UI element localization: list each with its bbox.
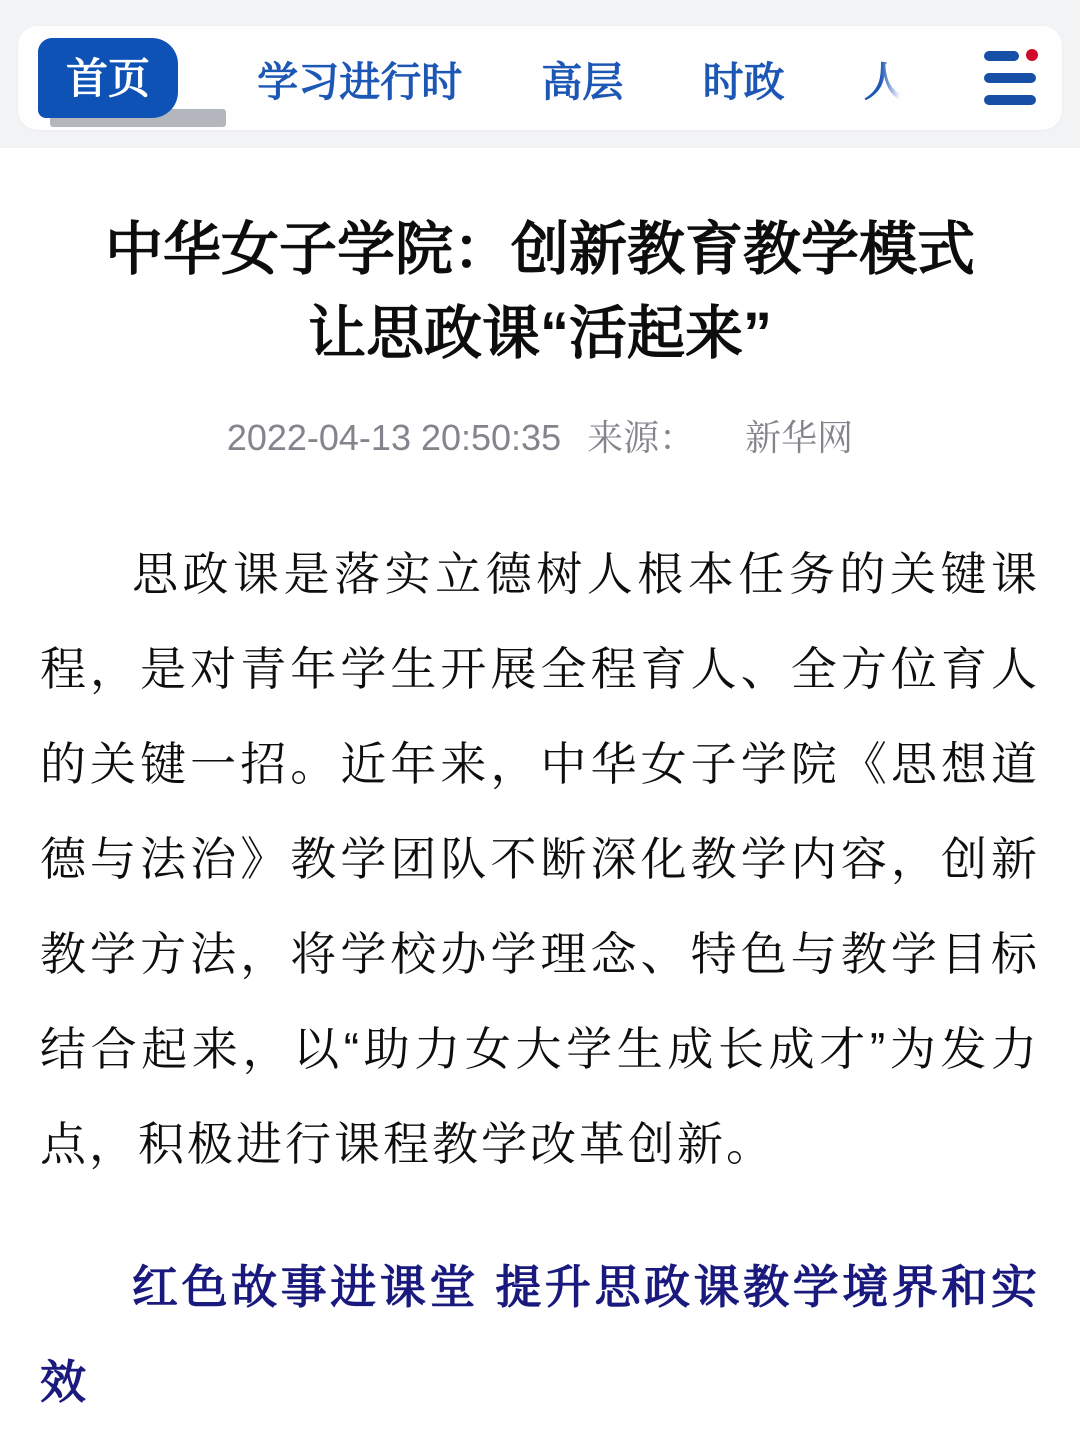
article-subheading: 红色故事进课堂 提升思政课教学境界和实效 — [40, 1240, 1040, 1430]
tab-home[interactable]: 首页 — [38, 38, 178, 118]
article-paragraph: 思政课是落实立德树人根本任务的关键课程，是对青年学生开展全程育人、全方位育人的关… — [40, 527, 1040, 1192]
article-meta: 2022-04-13 20:50:35 来源： 新华网 — [40, 410, 1040, 461]
article: 中华女子学院：创新教育教学模式让思政课“活起来” 2022-04-13 20:5… — [0, 208, 1080, 1430]
header: 首页 学习进行时 高层 时政 人 — [0, 0, 1080, 148]
hamburger-top-row — [984, 51, 1038, 61]
hamburger-menu-icon[interactable] — [984, 47, 1038, 109]
hamburger-bar — [984, 73, 1036, 83]
tab-xuexi[interactable]: 学习进行时 — [257, 49, 462, 108]
source-name[interactable]: 新华网 — [745, 417, 853, 458]
notification-badge-dot — [1026, 49, 1038, 61]
source-label: 来源： — [587, 417, 695, 458]
hamburger-bar — [984, 51, 1019, 61]
nav-bar: 首页 学习进行时 高层 时政 人 — [18, 26, 1062, 130]
tab-shizheng[interactable]: 时政 — [703, 49, 785, 108]
tab-home-label: 首页 — [38, 38, 178, 118]
tab-renmin[interactable]: 人 — [864, 49, 905, 108]
article-title: 中华女子学院：创新教育教学模式让思政课“活起来” — [80, 208, 1000, 376]
hamburger-bar — [984, 95, 1036, 105]
tab-gaoceng[interactable]: 高层 — [541, 49, 623, 108]
publish-datetime: 2022-04-13 20:50:35 — [227, 417, 561, 458]
